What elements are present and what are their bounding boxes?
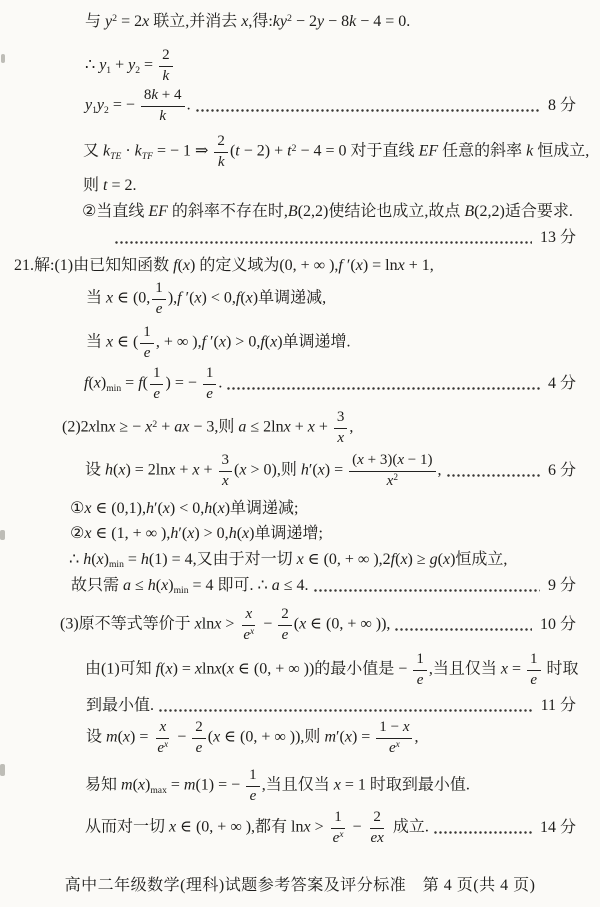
score-label: 4 分: [548, 375, 576, 393]
fraction: 1ex: [330, 809, 347, 847]
solution-line-y1-plus-y2: ∴ y1 + y2 = 2k: [85, 44, 175, 88]
dotted-leader: [227, 387, 540, 390]
fraction: 8k + 4k: [141, 87, 185, 125]
solution-line-mx: 设 m(x) = xex − 2e(x ∈ (0, + ∞ )),则 m′(x)…: [86, 716, 418, 760]
fraction: 1e: [203, 365, 217, 403]
footer-text: 高中二年级数学(理科)试题参考答案及评分标准 第 4 页(共 4 页): [65, 877, 536, 895]
solution-line-eliminate-x: 与 y2 = 2x 联立,并消去 x,得:ky2 − 2y − 8k − 4 =…: [85, 0, 410, 44]
line-content: 与 y2 = 2x 联立,并消去 x,得:ky2 − 2y − 8k − 4 =…: [85, 13, 410, 31]
line-content: 设 m(x) = xex − 2e(x ∈ (0, + ∞ )),则 m′(x)…: [86, 719, 418, 757]
page-footer: 高中二年级数学(理科)试题参考答案及评分标准 第 4 页(共 4 页): [0, 864, 600, 907]
solution-line-a-le-4-score9: 故只需 a ≤ h(x)min = 4 即可. ∴ a ≤ 4.9 分: [71, 564, 576, 608]
fraction: 3x: [219, 452, 233, 490]
scan-artifact: [0, 530, 5, 540]
line-content: 易知 m(x)max = m(1) = − 1e,当且仅当 x = 1 时取到最…: [85, 767, 470, 805]
fraction: 2e: [278, 606, 292, 644]
fraction: 2e: [192, 719, 206, 757]
fraction: (x + 3)(x − 1)x2: [349, 452, 435, 490]
fraction: 1 − xex: [376, 719, 412, 757]
fraction: 1e: [150, 365, 164, 403]
line-content: 当 x ∈ (0,1e),f ′(x) < 0,f(x)单调递减,: [86, 280, 326, 318]
dotted-leader: [314, 589, 540, 592]
line-content: 当 x ∈ (1e, + ∞ ),f ′(x) > 0,f(x)单调递增.: [86, 324, 351, 362]
fraction: xex: [240, 606, 257, 644]
line-content: (2)2xlnx ≥ − x2 + ax − 3,则 a ≤ 2lnx + x …: [62, 409, 353, 447]
line-content: 故只需 a ≤ h(x)min = 4 即可. ∴ a ≤ 4.: [71, 577, 309, 595]
score-label: 9 分: [548, 577, 576, 595]
score-label: 8 分: [548, 97, 576, 115]
line-content: y1y2 = − 8k + 4k.: [85, 87, 191, 125]
score-label: 11 分: [541, 697, 576, 715]
score-label: 10 分: [540, 616, 576, 634]
fraction: 2k: [214, 133, 228, 171]
score-label: 6 分: [548, 462, 576, 480]
line-content: 设 h(x) = 2lnx + x + 3x(x > 0),则 h′(x) = …: [85, 452, 442, 490]
solution-line-conclusion-score14: 从而对一切 x ∈ (0, + ∞ ),都有 lnx > 1ex − 2ex 成…: [85, 806, 576, 850]
dotted-leader: [395, 628, 532, 631]
scan-artifact: [0, 764, 5, 776]
score-label: 13 分: [540, 229, 576, 247]
solution-line-mmax: 易知 m(x)max = m(1) = − 1e,当且仅当 x = 1 时取到最…: [85, 764, 470, 808]
fraction: 2k: [159, 47, 173, 85]
line-content: 从而对一切 x ∈ (0, + ∞ ),都有 lnx > 1ex − 2ex 成…: [85, 809, 429, 847]
solution-line-part2: (2)2xlnx ≥ − x2 + ax − 3,则 a ≤ 2lnx + x …: [62, 406, 353, 450]
fraction: xex: [154, 719, 171, 757]
line-content: (3)原不等式等价于 xlnx > xex − 2e(x ∈ (0, + ∞ )…: [60, 606, 390, 644]
line-content: 到最小值.: [86, 697, 154, 715]
solution-line-part3-score10: (3)原不等式等价于 xlnx > xex − 2e(x ∈ (0, + ∞ )…: [60, 603, 576, 647]
solution-line-increasing: 当 x ∈ (1e, + ∞ ),f ′(x) > 0,f(x)单调递增.: [86, 321, 351, 365]
dotted-leader: [196, 109, 540, 112]
fraction: 1e: [246, 767, 260, 805]
score-label: 14 分: [540, 819, 576, 837]
fraction: 1e: [152, 280, 166, 318]
scan-artifact: [1, 54, 5, 63]
solution-line-fmin-score4: f(x)min = f(1e) = − 1e.4 分: [84, 362, 576, 406]
dotted-leader: [434, 831, 532, 834]
scanned-answer-page: 与 y2 = 2x 联立,并消去 x,得:ky2 − 2y − 8k − 4 =…: [0, 0, 600, 907]
solution-line-kte-ktf: 又 kTE · kTF = − 1 ⇒ 2k(t − 2) + t2 − 4 =…: [83, 130, 589, 174]
line-content: 又 kTE · kTF = − 1 ⇒ 2k(t − 2) + t2 − 4 =…: [83, 133, 589, 171]
fraction: 1e: [140, 324, 154, 362]
fraction: 3x: [334, 409, 348, 447]
dotted-leader: [447, 474, 540, 477]
solution-line-y1y2-score8: y1y2 = − 8k + 4k.8 分: [85, 84, 576, 128]
line-content: 21.解:(1)由已知知函数 f(x) 的定义域为(0, + ∞ ),f ′(x…: [14, 257, 434, 275]
line-content: f(x)min = f(1e) = − 1e.: [84, 365, 222, 403]
line-content: ∴ y1 + y2 = 2k: [85, 47, 175, 85]
solution-line-decreasing: 当 x ∈ (0,1e),f ′(x) < 0,f(x)单调递减,: [86, 277, 326, 321]
fraction: 2ex: [368, 809, 387, 847]
dotted-leader: [159, 709, 533, 712]
